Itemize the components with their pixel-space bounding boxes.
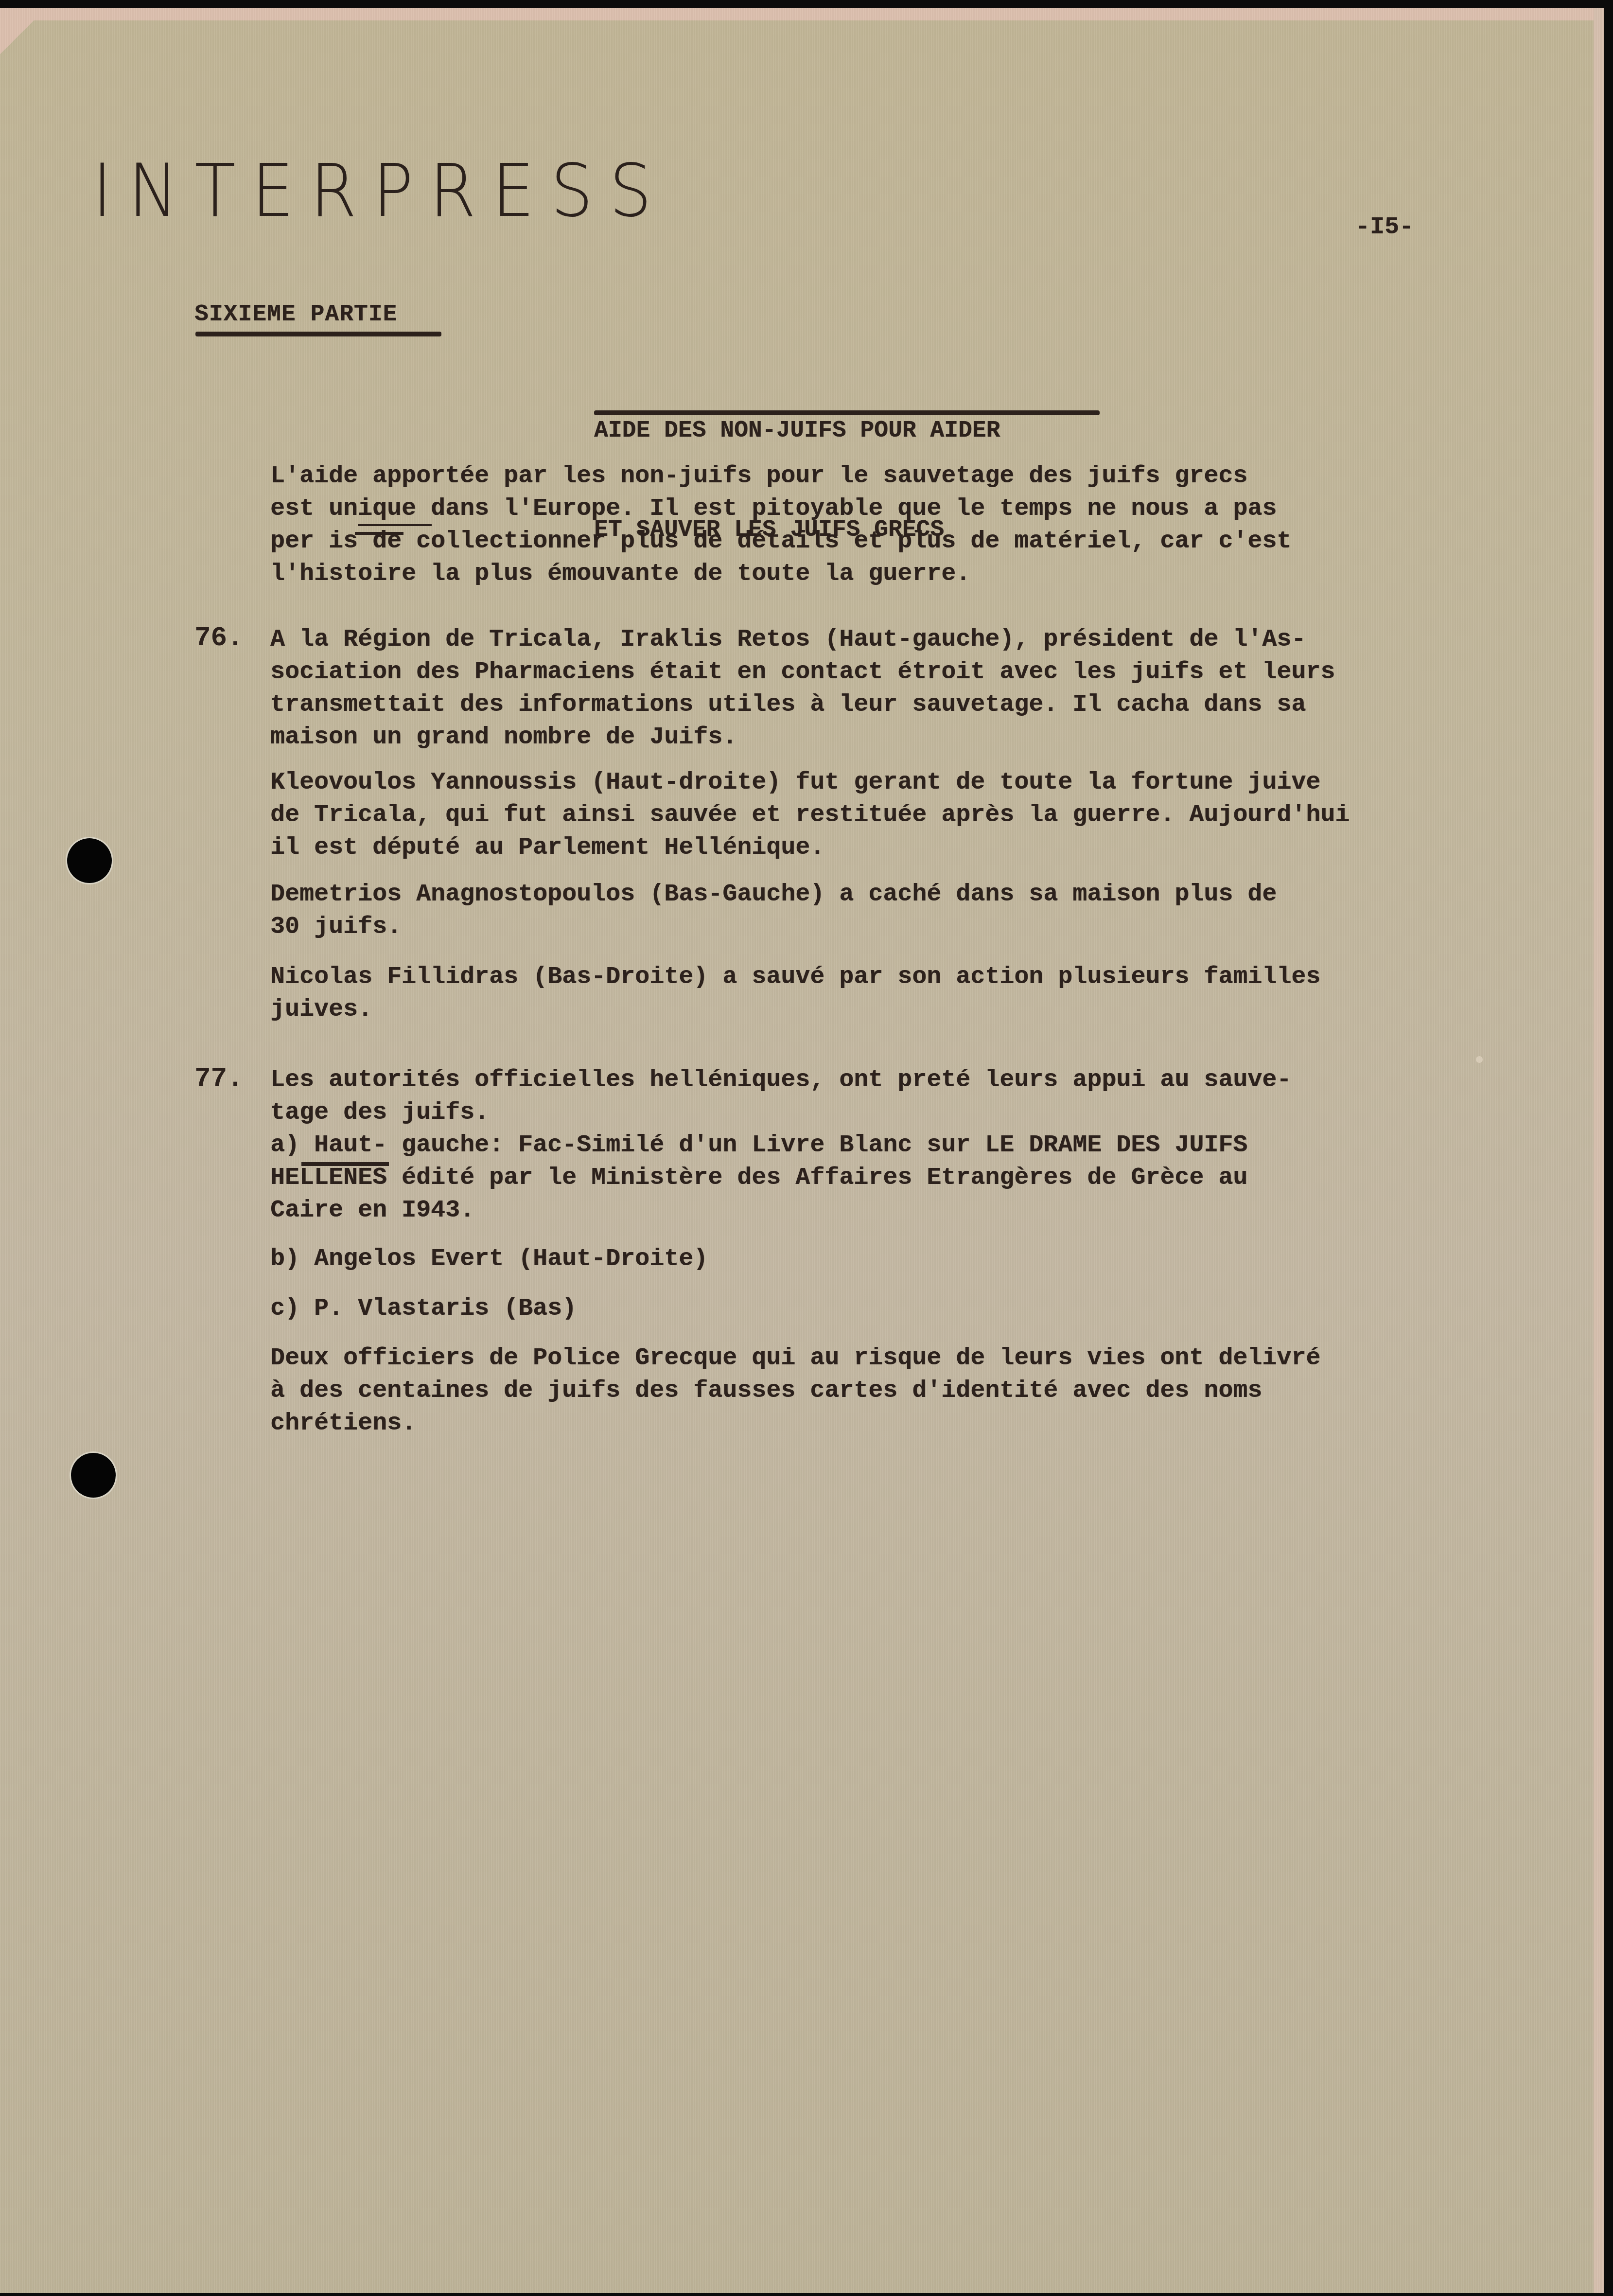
section-title-underline (594, 410, 1100, 415)
paragraph-77-police: Deux officiers de Police Grecque qui au … (270, 1342, 1320, 1440)
paragraph-77-text: Les autorités officielles helléniques, o… (270, 1064, 1291, 1129)
paragraph-76-fillidras: Nicolas Fillidras (Bas-Droite) a sauvé p… (270, 961, 1320, 1026)
punch-hole-icon (67, 838, 112, 883)
section-label-underline (195, 332, 441, 336)
handwritten-underline (301, 1162, 389, 1166)
paragraph-77-item-c: c) P. Vlastaris (Bas) (270, 1292, 577, 1325)
paper-edge-right (1594, 8, 1604, 2293)
paragraph-number: 76. (194, 622, 244, 653)
paragraph-76-text: A la Région de Tricala, Iraklis Retos (H… (270, 623, 1335, 754)
paragraph-77-item-b: b) Angelos Evert (Haut-Droite) (270, 1243, 708, 1275)
paper-speck (1476, 1056, 1483, 1063)
paper-edge-top (0, 8, 1604, 20)
letterhead-logo: INTERPRESS (92, 149, 668, 233)
section-label: SIXIEME PARTIE (194, 299, 397, 331)
paragraph-76-anagnostopoulos: Demetrios Anagnostopoulos (Bas-Gauche) a… (270, 878, 1277, 943)
section-title-line: AIDE DES NON-JUIFS POUR AIDER (594, 414, 1000, 447)
punch-hole-icon (71, 1453, 116, 1498)
handwritten-correction-mark (355, 532, 403, 535)
paragraph-number: 77. (194, 1063, 244, 1094)
handwritten-underline (358, 524, 432, 526)
paragraph-77-item-a: a) Haut- gauche: Fac-Similé d'un Livre B… (270, 1129, 1247, 1227)
paper-corner-fold (0, 8, 34, 66)
document-page: INTERPRESS -I5- SIXIEME PARTIE AIDE DES … (0, 8, 1604, 2293)
paragraph-76-yannoussis: Kleovoulos Yannoussis (Haut-droite) fut … (270, 766, 1350, 864)
page-number: -I5- (1355, 211, 1414, 244)
